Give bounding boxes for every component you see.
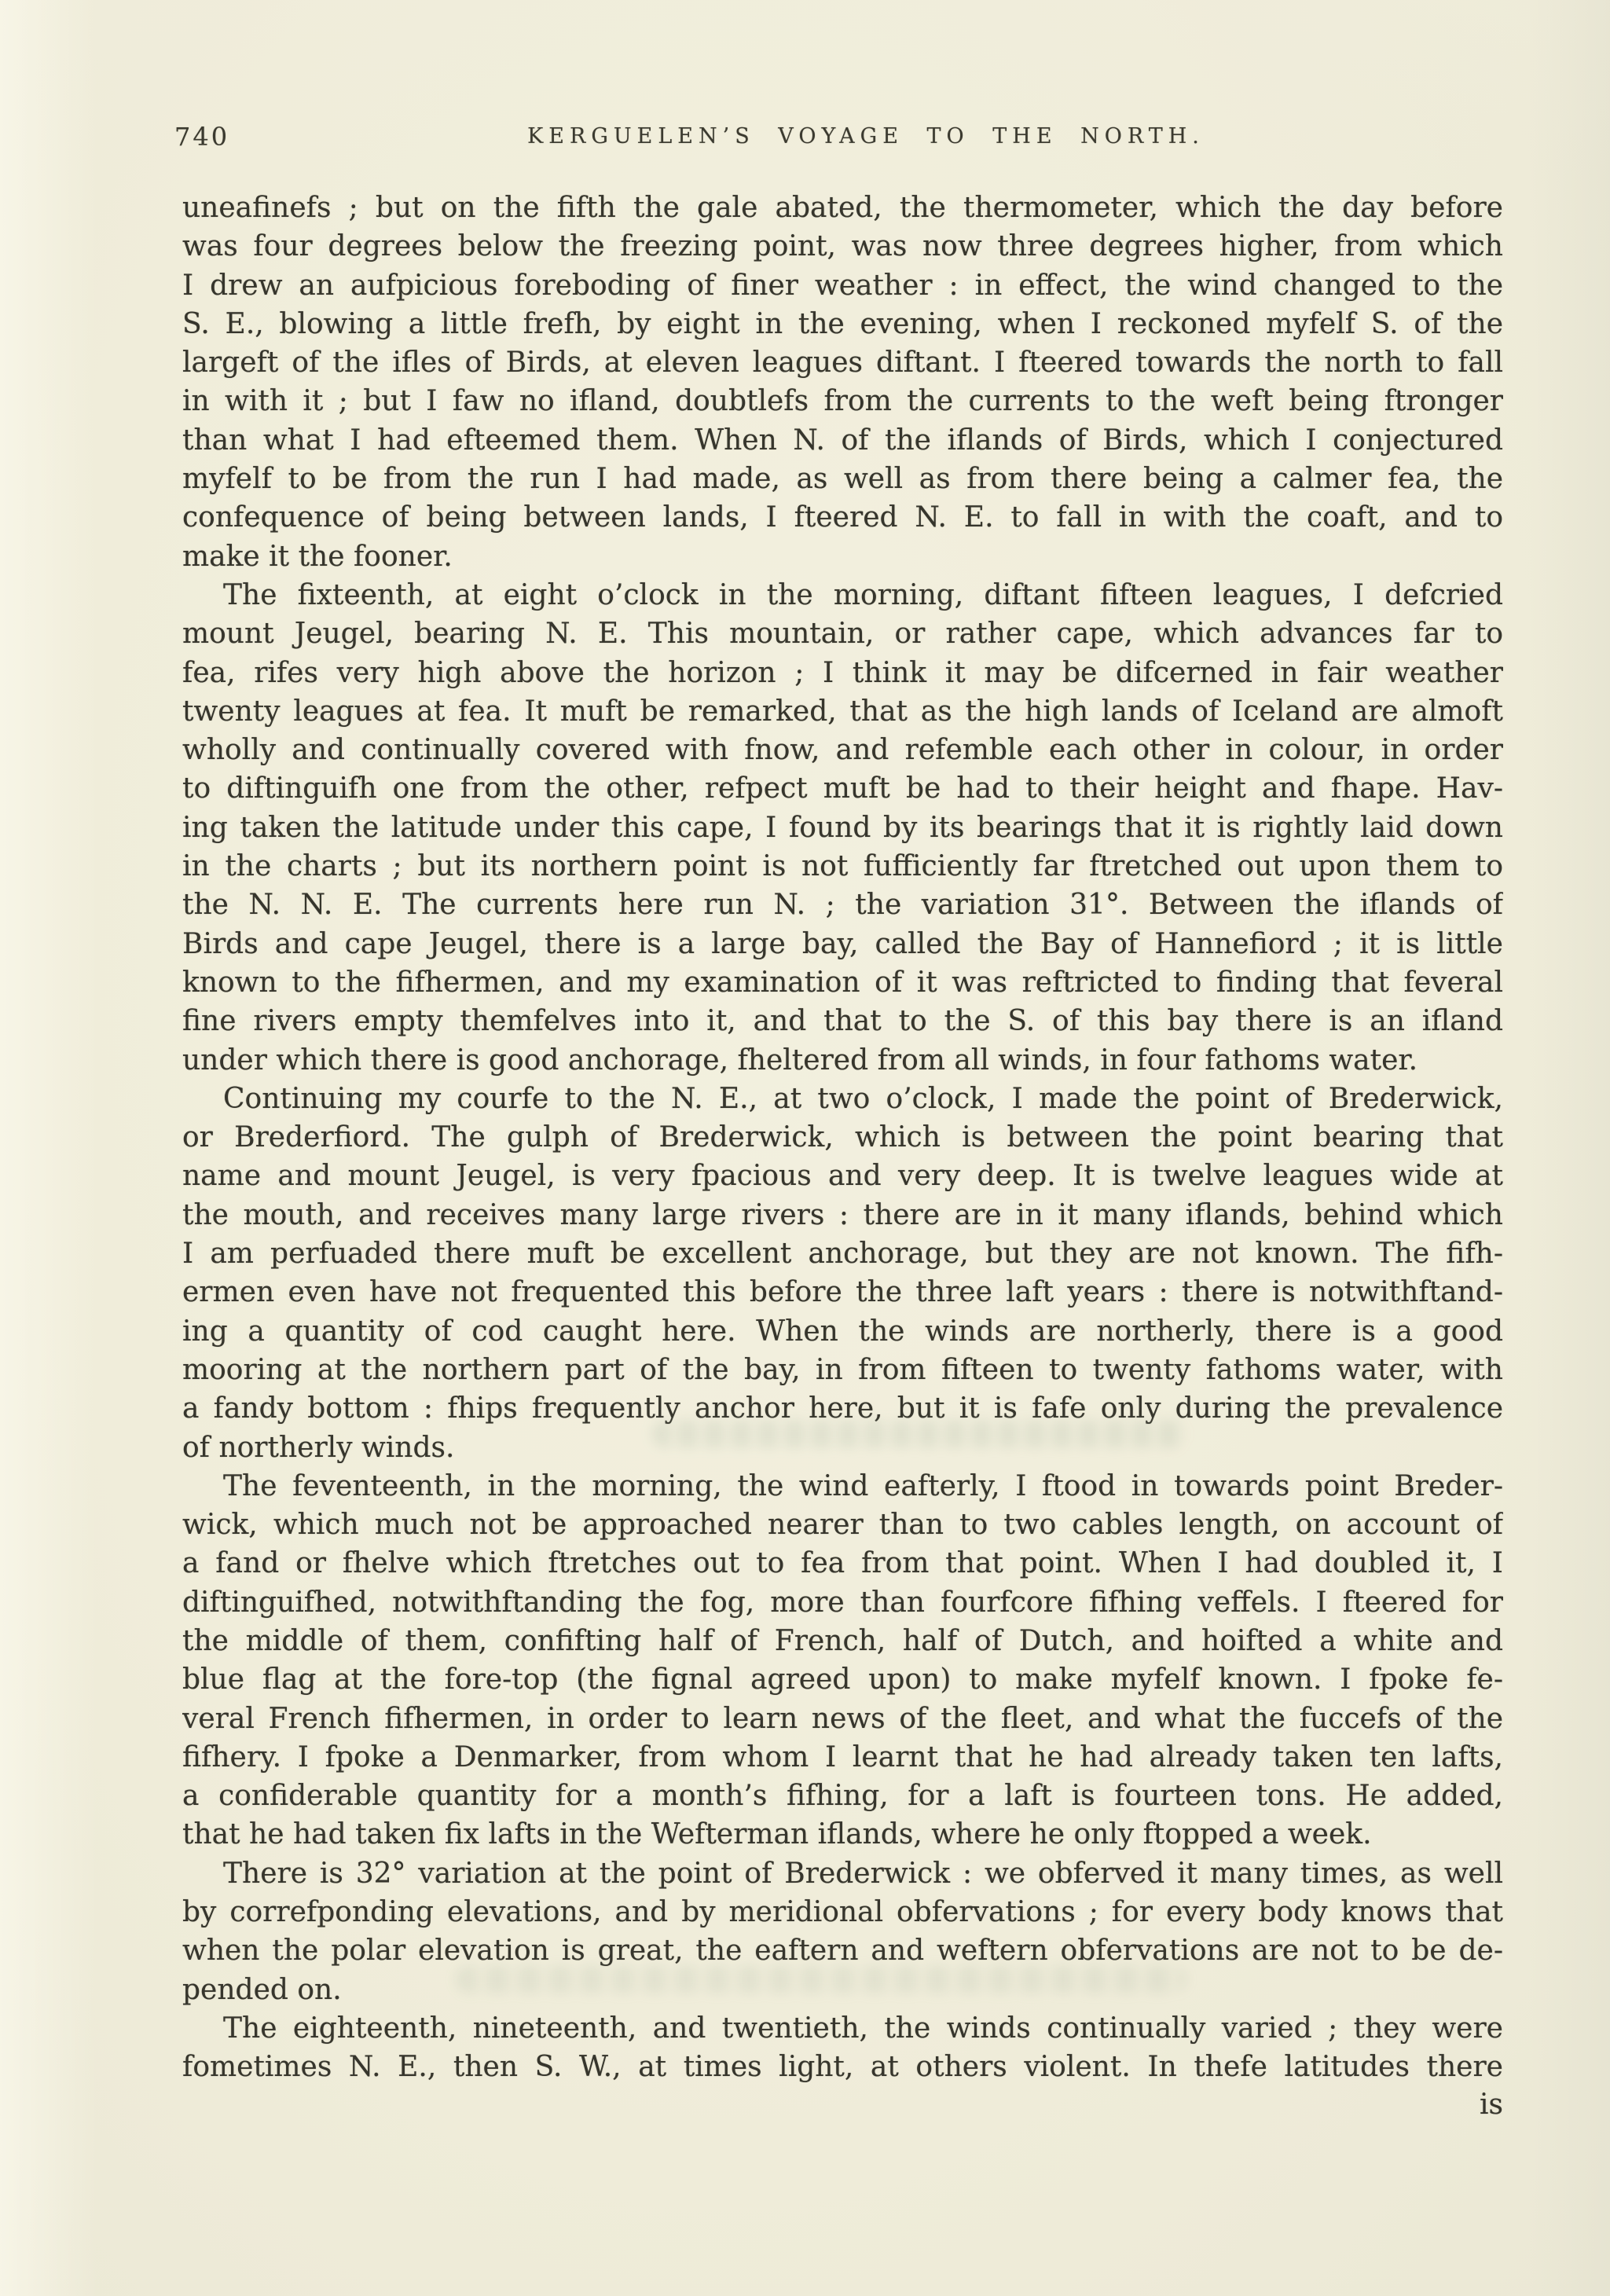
text-line: ermen even have not frequented this befo… xyxy=(182,1273,1503,1311)
text-line: Continuing my courfe to the N. E., at tw… xyxy=(182,1080,1503,1118)
text-line: Birds and cape Jeugel, there is a large … xyxy=(182,925,1503,963)
text-line: confequence of being between lands, I ft… xyxy=(182,498,1503,537)
text-line: The eighteenth, nineteenth, and twentiet… xyxy=(182,2009,1503,2048)
body-text: uneafinefs ; but on the fifth the gale a… xyxy=(182,189,1503,2087)
text-line: the mouth, and receives many large river… xyxy=(182,1196,1503,1234)
text-line: pended on. xyxy=(182,1971,1503,2009)
text-line: I drew an aufpicious foreboding of finer… xyxy=(182,266,1503,305)
text-line: uneafinefs ; but on the fifth the gale a… xyxy=(182,189,1503,227)
text-line: There is 32° variation at the point of B… xyxy=(182,1854,1503,1893)
text-line: the middle of them, confifting half of F… xyxy=(182,1622,1503,1660)
text-line: mooring at the northern part of the bay,… xyxy=(182,1351,1503,1389)
text-line: largeft of the ifles of Birds, at eleven… xyxy=(182,343,1503,382)
text-line: ing a quantity of cod caught here. When … xyxy=(182,1312,1503,1351)
text-line: fifhery. I fpoke a Denmarker, from whom … xyxy=(182,1738,1503,1777)
text-line: than what I had efteemed them. When N. o… xyxy=(182,421,1503,460)
text-line: myfelf to be from the run I had made, as… xyxy=(182,460,1503,498)
text-line: name and mount Jeugel, is very fpacious … xyxy=(182,1157,1503,1195)
text-line: fine rivers empty themfelves into it, an… xyxy=(182,1002,1503,1040)
running-title: KERGUELEN’S VOYAGE TO THE NORTH. xyxy=(182,124,1549,149)
text-line: The feventeenth, in the morning, the win… xyxy=(182,1467,1503,1506)
text-line: ing taken the latitude under this cape, … xyxy=(182,809,1503,847)
text-line: a confiderable quantity for a month’s fi… xyxy=(182,1777,1503,1815)
text-line: by correfponding elevations, and by meri… xyxy=(182,1893,1503,1931)
text-line: the N. N. E. The currents here run N. ; … xyxy=(182,886,1503,924)
text-line: that he had taken fix lafts in the Wefte… xyxy=(182,1815,1503,1854)
text-line: in the charts ; but its northern point i… xyxy=(182,847,1503,886)
text-line: fometimes N. E., then S. W., at times li… xyxy=(182,2048,1503,2086)
text-line: in with it ; but I faw no ifland, doubtl… xyxy=(182,382,1503,420)
catchword: is xyxy=(182,2089,1503,2121)
book-page: 740 KERGUELEN’S VOYAGE TO THE NORTH. une… xyxy=(0,0,1610,2296)
text-line: make it the fooner. xyxy=(182,537,1503,576)
text-line: wholly and continually covered with fnow… xyxy=(182,731,1503,769)
text-line: S. E., blowing a little frefh, by eight … xyxy=(182,305,1503,343)
text-line: The fixteenth, at eight o’clock in the m… xyxy=(182,576,1503,614)
text-line: I am perfuaded there muft be excellent a… xyxy=(182,1234,1503,1273)
text-line: to diftinguifh one from the other, refpe… xyxy=(182,769,1503,808)
text-line: twenty leagues at fea. It muft be remark… xyxy=(182,692,1503,731)
text-line: a fandy bottom : fhips frequently anchor… xyxy=(182,1389,1503,1428)
text-line: of northerly winds. xyxy=(182,1429,1503,1467)
text-line: known to the fifhermen, and my examinati… xyxy=(182,963,1503,1002)
text-line: fea, rifes very high above the horizon ;… xyxy=(182,654,1503,692)
text-line: blue flag at the fore-top (the fignal ag… xyxy=(182,1660,1503,1699)
text-line: or Brederfiord. The gulph of Brederwick,… xyxy=(182,1118,1503,1157)
text-line: diftinguifhed, notwithftanding the fog, … xyxy=(182,1583,1503,1622)
text-line: wick, which much not be approached neare… xyxy=(182,1506,1503,1544)
text-line: veral French fifhermen, in order to lear… xyxy=(182,1700,1503,1738)
text-line: mount Jeugel, bearing N. E. This mountai… xyxy=(182,614,1503,653)
text-line: a fand or fhelve which ftretches out to … xyxy=(182,1544,1503,1583)
text-line: was four degrees below the freezing poin… xyxy=(182,227,1503,266)
text-line: when the polar elevation is great, the e… xyxy=(182,1931,1503,1970)
text-line: under which there is good anchorage, fhe… xyxy=(182,1041,1503,1080)
